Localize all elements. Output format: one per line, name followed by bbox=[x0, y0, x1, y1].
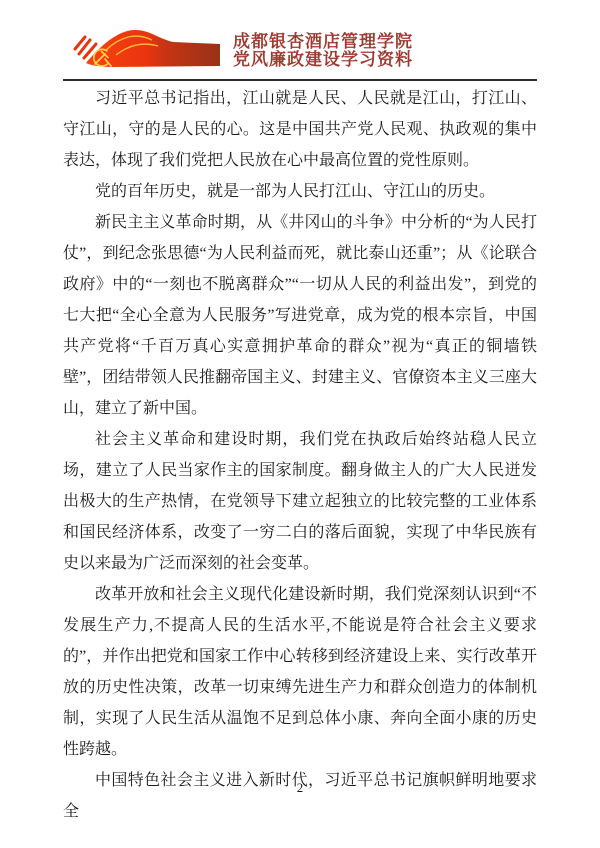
paragraph: 新民主主义革命时期，从《井冈山的斗争》中分析的“为人民打仗”，到纪念张思德“为人… bbox=[63, 207, 537, 424]
header-row: 成都银杏酒店管理学院 党风廉政建设学习资料 bbox=[63, 24, 537, 70]
speed-lines-icon bbox=[75, 37, 96, 58]
paragraph: 改革开放和社会主义现代化建设新时期，我们党深刻认识到“不发展生产力,不提高人民的… bbox=[63, 579, 537, 765]
page-footer: 2 bbox=[0, 780, 600, 796]
header-rule bbox=[63, 79, 537, 81]
document-body: 习近平总书记指出，江山就是人民、人民就是江山，打江山、守江山，守的是人民的心。这… bbox=[63, 83, 537, 827]
document-page: 成都银杏酒店管理学院 党风廉政建设学习资料 习近平总书记指出，江山就是人民、人民… bbox=[0, 0, 600, 848]
header-titles: 成都银杏酒店管理学院 党风廉政建设学习资料 bbox=[233, 33, 413, 70]
doc-title: 党风廉政建设学习资料 bbox=[233, 51, 413, 69]
paragraph: 社会主义革命和建设时期，我们党在执政后始终站稳人民立场，建立了人民当家作主的国家… bbox=[63, 424, 537, 579]
org-name: 成都银杏酒店管理学院 bbox=[233, 33, 413, 51]
page-header: 成都银杏酒店管理学院 党风廉政建设学习资料 bbox=[63, 24, 537, 81]
paragraph: 中国特色社会主义进入新时代，习近平总书记旗帜鲜明地要求全 bbox=[63, 765, 537, 827]
page-number: 2 bbox=[297, 780, 304, 795]
paragraph: 习近平总书记指出，江山就是人民、人民就是江山，打江山、守江山，守的是人民的心。这… bbox=[63, 83, 537, 176]
party-flag-flame-logo-icon bbox=[72, 24, 222, 70]
paragraph: 党的百年历史，就是一部为人民打江山、守江山的历史。 bbox=[63, 176, 537, 207]
